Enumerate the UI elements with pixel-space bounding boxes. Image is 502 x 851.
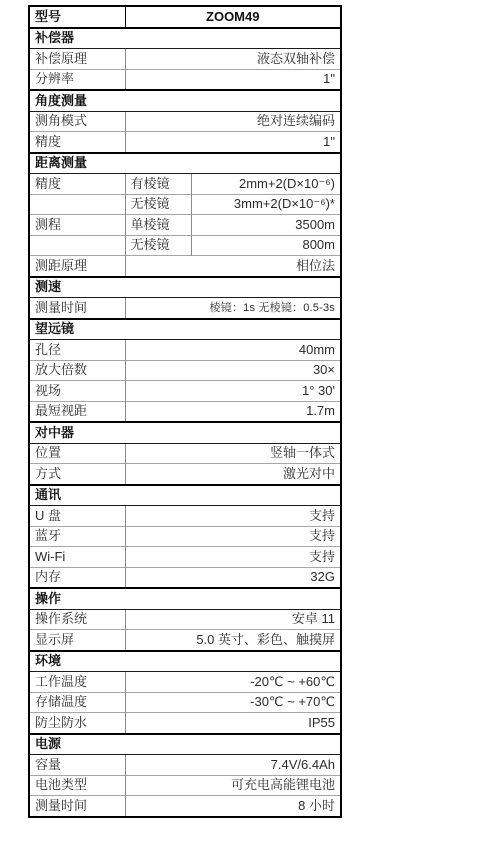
spec-sheet-page: 型号ZOOM49补偿器补偿原理液态双轴补偿分辨率1"角度测量测角模式绝对连续编码… [0, 0, 502, 851]
spec-table: 型号ZOOM49补偿器补偿原理液态双轴补偿分辨率1"角度测量测角模式绝对连续编码… [28, 5, 342, 818]
spec-value: 绝对连续编码 [125, 111, 341, 132]
spec-label: 测角模式 [29, 111, 125, 132]
spec-label: 型号 [29, 6, 125, 28]
spec-value: 30× [125, 360, 341, 381]
spec-value: 40mm [125, 340, 341, 361]
spec-label: 测量时间 [29, 796, 125, 817]
spec-label: 孔径 [29, 340, 125, 361]
spec-row: 分辨率1" [29, 69, 341, 90]
spec-value: 激光对中 [125, 464, 341, 485]
spec-row: 操作系统安卓 11 [29, 609, 341, 630]
spec-value: 3mm+2(D×10⁻⁶)* [191, 194, 341, 215]
section-title: 对中器 [29, 422, 341, 443]
spec-row: U 盘支持 [29, 506, 341, 527]
spec-value: 安卓 11 [125, 609, 341, 630]
section-title: 角度测量 [29, 90, 341, 111]
spec-value: 液态双轴补偿 [125, 49, 341, 70]
spec-label: 内存 [29, 567, 125, 588]
section-title: 通讯 [29, 485, 341, 506]
section-row: 补偿器 [29, 28, 341, 49]
spec-label: 测量时间 [29, 298, 125, 319]
spec-label: 最短视距 [29, 401, 125, 422]
spec-label: 测程 [29, 215, 125, 236]
spec-label: 存储温度 [29, 692, 125, 713]
spec-label: 操作系统 [29, 609, 125, 630]
spec-label: 防尘防水 [29, 713, 125, 734]
spec-row: 容量7.4V/6.4Ah [29, 755, 341, 776]
spec-row: 无棱镜800m [29, 235, 341, 256]
spec-label: 容量 [29, 755, 125, 776]
section-row: 环境 [29, 651, 341, 672]
spec-row: 测角模式绝对连续编码 [29, 111, 341, 132]
section-row: 测速 [29, 277, 341, 298]
spec-row: 位置竖轴一体式 [29, 443, 341, 464]
section-row: 电源 [29, 734, 341, 755]
spec-sublabel: 无棱镜 [125, 194, 191, 215]
spec-row: 测程单棱镜3500m [29, 215, 341, 236]
spec-sublabel: 有棱镜 [125, 174, 191, 195]
section-title: 测速 [29, 277, 341, 298]
spec-label: 补偿原理 [29, 49, 125, 70]
spec-table-body: 型号ZOOM49补偿器补偿原理液态双轴补偿分辨率1"角度测量测角模式绝对连续编码… [29, 6, 341, 817]
spec-row: 型号ZOOM49 [29, 6, 341, 28]
section-row: 角度测量 [29, 90, 341, 111]
spec-value: 支持 [125, 506, 341, 527]
spec-row: 补偿原理液态双轴补偿 [29, 49, 341, 70]
spec-value: 800m [191, 235, 341, 256]
spec-row: 测距原理相位法 [29, 256, 341, 277]
spec-sublabel: 单棱镜 [125, 215, 191, 236]
spec-row: 内存32G [29, 567, 341, 588]
spec-row: 存储温度-30℃ ~ +70℃ [29, 692, 341, 713]
spec-label: 工作温度 [29, 672, 125, 693]
spec-value: 支持 [125, 547, 341, 568]
spec-label: 精度 [29, 174, 125, 195]
spec-label: 视场 [29, 381, 125, 402]
spec-row: 方式激光对中 [29, 464, 341, 485]
spec-row: 放大倍数30× [29, 360, 341, 381]
section-row: 通讯 [29, 485, 341, 506]
spec-value: 1° 30' [125, 381, 341, 402]
spec-row: 测量时间棱镜：1s 无棱镜：0.5-3s [29, 298, 341, 319]
spec-row: 精度有棱镜2mm+2(D×10⁻⁶) [29, 174, 341, 195]
spec-value: ZOOM49 [125, 6, 341, 28]
spec-row: 蓝牙支持 [29, 526, 341, 547]
spec-label [29, 235, 125, 256]
spec-value: -20℃ ~ +60℃ [125, 672, 341, 693]
spec-value: 5.0 英寸、彩色、触摸屏 [125, 630, 341, 651]
spec-label [29, 194, 125, 215]
spec-label: 蓝牙 [29, 526, 125, 547]
spec-label: 位置 [29, 443, 125, 464]
spec-value: 支持 [125, 526, 341, 547]
spec-label: U 盘 [29, 506, 125, 527]
section-title: 环境 [29, 651, 341, 672]
spec-value: 1" [125, 132, 341, 153]
section-title: 距离测量 [29, 153, 341, 174]
spec-row: 最短视距1.7m [29, 401, 341, 422]
spec-value: 3500m [191, 215, 341, 236]
spec-row: Wi-Fi支持 [29, 547, 341, 568]
spec-value: 相位法 [125, 256, 341, 277]
spec-label: 测距原理 [29, 256, 125, 277]
spec-value: 2mm+2(D×10⁻⁶) [191, 174, 341, 195]
section-title: 操作 [29, 588, 341, 609]
spec-row: 精度1" [29, 132, 341, 153]
spec-value: -30℃ ~ +70℃ [125, 692, 341, 713]
spec-row: 测量时间8 小时 [29, 796, 341, 817]
section-row: 对中器 [29, 422, 341, 443]
spec-value: 可充电高能锂电池 [125, 775, 341, 796]
spec-label: 分辨率 [29, 69, 125, 90]
spec-value: 竖轴一体式 [125, 443, 341, 464]
spec-value: 8 小时 [125, 796, 341, 817]
spec-row: 显示屏5.0 英寸、彩色、触摸屏 [29, 630, 341, 651]
spec-row: 无棱镜3mm+2(D×10⁻⁶)* [29, 194, 341, 215]
spec-label: 方式 [29, 464, 125, 485]
section-row: 操作 [29, 588, 341, 609]
spec-label: 放大倍数 [29, 360, 125, 381]
section-title: 望远镜 [29, 319, 341, 340]
spec-row: 视场1° 30' [29, 381, 341, 402]
spec-row: 工作温度-20℃ ~ +60℃ [29, 672, 341, 693]
section-row: 距离测量 [29, 153, 341, 174]
spec-value: 32G [125, 567, 341, 588]
spec-label: 精度 [29, 132, 125, 153]
section-title: 补偿器 [29, 28, 341, 49]
spec-value: 7.4V/6.4Ah [125, 755, 341, 776]
section-row: 望远镜 [29, 319, 341, 340]
spec-value: 1.7m [125, 401, 341, 422]
spec-value: IP55 [125, 713, 341, 734]
spec-label: 电池类型 [29, 775, 125, 796]
spec-row: 防尘防水IP55 [29, 713, 341, 734]
spec-sublabel: 无棱镜 [125, 235, 191, 256]
spec-value: 棱镜：1s 无棱镜：0.5-3s [125, 298, 341, 319]
spec-row: 孔径40mm [29, 340, 341, 361]
section-title: 电源 [29, 734, 341, 755]
spec-row: 电池类型可充电高能锂电池 [29, 775, 341, 796]
spec-label: Wi-Fi [29, 547, 125, 568]
spec-value: 1" [125, 69, 341, 90]
spec-label: 显示屏 [29, 630, 125, 651]
